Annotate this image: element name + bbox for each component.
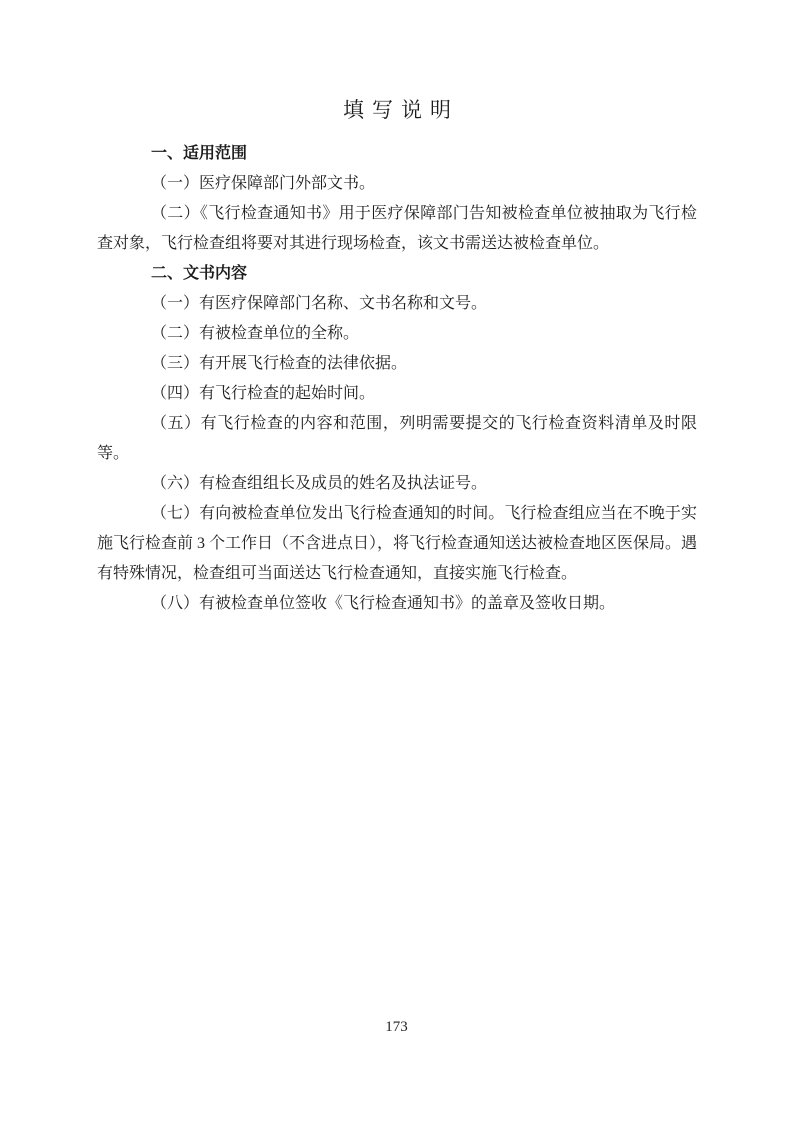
- paragraph-scope-1: （一）医疗保障部门外部文书。: [97, 169, 697, 199]
- paragraph-contents-6: （六）有检查组组长及成员的姓名及执法证号。: [97, 469, 697, 499]
- paragraph-contents-2: （二）有被检查单位的全称。: [97, 319, 697, 349]
- paragraph-contents-4: （四）有飞行检查的起始时间。: [97, 379, 697, 409]
- section-heading-contents: 二、文书内容: [97, 259, 697, 289]
- page-number: 173: [0, 1017, 793, 1037]
- document-body: 填写说明 一、适用范围 （一）医疗保障部门外部文书。 （二）《飞行检查通知书》用…: [97, 95, 697, 619]
- paragraph-contents-3: （三）有开展飞行检查的法律依据。: [97, 349, 697, 379]
- document-page: 填写说明 一、适用范围 （一）医疗保障部门外部文书。 （二）《飞行检查通知书》用…: [0, 0, 793, 1122]
- paragraph-contents-1: （一）有医疗保障部门名称、文书名称和文号。: [97, 289, 697, 319]
- page-title: 填写说明: [97, 95, 697, 125]
- section-heading-scope: 一、适用范围: [97, 139, 697, 169]
- paragraph-contents-5: （五）有飞行检查的内容和范围，列明需要提交的飞行检查资料清单及时限等。: [97, 409, 697, 469]
- paragraph-contents-8: （八）有被检查单位签收《飞行检查通知书》的盖章及签收日期。: [97, 589, 697, 619]
- paragraph-contents-7: （七）有向被检查单位发出飞行检查通知的时间。飞行检查组应当在不晚于实施飞行检查前…: [97, 499, 697, 589]
- paragraph-scope-2: （二）《飞行检查通知书》用于医疗保障部门告知被检查单位被抽取为飞行检查对象，飞行…: [97, 199, 697, 259]
